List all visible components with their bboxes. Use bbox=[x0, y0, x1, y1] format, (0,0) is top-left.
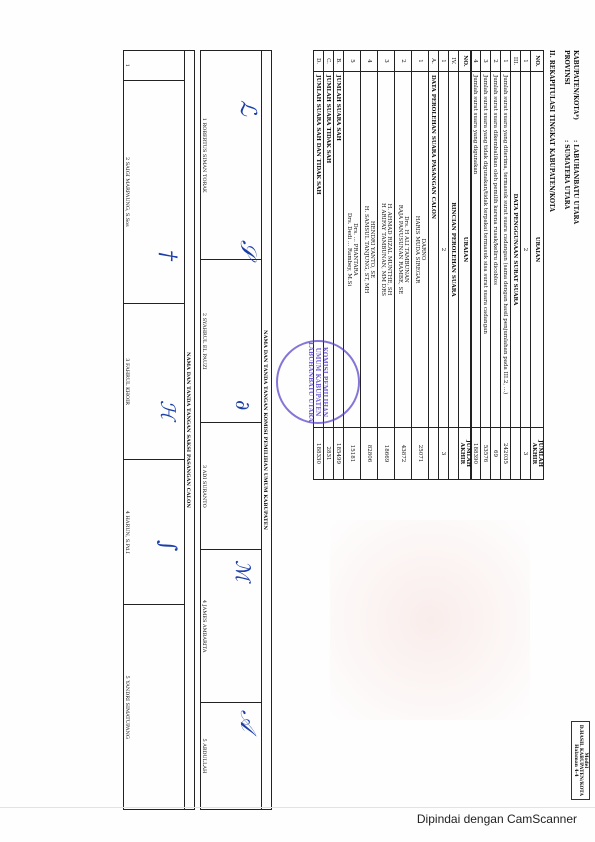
total-no: C. bbox=[324, 51, 334, 72]
row-no: 3 bbox=[481, 51, 491, 72]
candidate-row: 3 H. AHMAD RIZAL MUNTHE, SHH ARIFAY TAMB… bbox=[378, 51, 395, 480]
candidate-no: 5 bbox=[344, 51, 361, 72]
ballot-usage-table: NO. URAIAN JUMLAH AKHIR 1 2 3 III. DATA … bbox=[470, 50, 544, 480]
provinsi-label: PROVINSI bbox=[562, 50, 571, 140]
row-label: Jumlah surat suara yang digunakan bbox=[471, 72, 481, 428]
row-no: 4 bbox=[471, 51, 481, 72]
witness-name: FAHRUL KHOIR bbox=[124, 363, 130, 405]
total-no: B. bbox=[334, 51, 344, 72]
witness-name: YANDRI SIMATUPANG bbox=[124, 680, 130, 739]
page-edge bbox=[0, 807, 595, 808]
signature-mark: 𝒜 bbox=[235, 710, 260, 731]
candidate-votes: 18669 bbox=[378, 428, 395, 480]
candidate-votes: 15181 bbox=[344, 428, 361, 480]
running-mate-name: H. SAMSUL TANJUNG, ST, MH bbox=[363, 75, 369, 424]
row-value: 53576 bbox=[481, 428, 491, 480]
candidate-votes: 25071 bbox=[412, 428, 429, 480]
table-row: 3 Jumlah surat suara yang tidak digunaka… bbox=[481, 51, 491, 480]
col-index: 1 bbox=[439, 51, 449, 72]
col-index: 2 bbox=[521, 72, 531, 428]
signature-mark: † bbox=[155, 250, 180, 261]
signature-mark: 𝒮 bbox=[235, 240, 260, 257]
candidate-name: HENDRI YANTO, SE bbox=[369, 75, 375, 424]
candidate-no: 4 bbox=[361, 51, 378, 72]
row-no: 1 bbox=[501, 51, 511, 72]
section-no: IV. bbox=[449, 51, 459, 72]
candidate-row: 2 Drs. H ALI TAMBUNANRAJA PANUSUNAN RAMB… bbox=[395, 51, 412, 480]
commission-signature-table: NAMA DAN TANDA TANGAN KOMISI PEMILIHAN U… bbox=[200, 50, 272, 810]
section-title: II. REKAPITULASI TINGKAT KABUPATEN/KOTA bbox=[548, 50, 555, 212]
col-index: 3 bbox=[521, 428, 531, 480]
table-row: 2 Jumlah surat suara dikembalikan oleh p… bbox=[491, 51, 501, 480]
region-heading: KABUPATEN/KOTA*): LABUHANBATU UTARA PROV… bbox=[562, 50, 580, 224]
member-name: ROBERTUS SIMAN TORAK bbox=[201, 122, 207, 192]
candidate-votes: 82806 bbox=[361, 428, 378, 480]
form-model-box: Model D.HASIL KABUPATEN/KOTA Halaman 4-4 bbox=[571, 721, 590, 800]
witness-signature-cell: 5 YANDRI SIMATUPANG bbox=[124, 605, 185, 810]
member-name: ABDULLAH bbox=[201, 743, 207, 773]
candidate-name: Drs. H ALI TAMBUNAN bbox=[403, 75, 409, 424]
member-name: ADI SURANTO bbox=[201, 470, 207, 508]
commission-signature-cell: 3 ADI SURANTO bbox=[201, 423, 262, 550]
col-index: 3 bbox=[439, 428, 449, 480]
scanner-watermark: Dipindai dengan CamScanner bbox=[417, 812, 577, 826]
candidate-name: DARNO bbox=[420, 75, 426, 424]
witness-signature-cell: 1 bbox=[124, 51, 185, 81]
signature-mark: ∂ bbox=[231, 400, 255, 410]
witness-caption: NAMA DAN TANDA TANGAN SAKSI PASANGAN CAL… bbox=[185, 51, 195, 810]
running-mate-name: RAJA PANUSUNAN RAMBE, SE bbox=[397, 75, 403, 424]
candidate-no: 2 bbox=[395, 51, 412, 72]
col-header-no: NO. bbox=[531, 51, 544, 72]
witness-signature-cell: 4 HARUN, S.Pd.I bbox=[124, 460, 185, 605]
witness-name: HARUN, S.Pd.I bbox=[124, 516, 130, 554]
table-row: 4 Jumlah surat suara yang digunakan 1883… bbox=[471, 51, 481, 480]
candidate-row: 5 Drs. ... PRANTARADrs. Dedi ... Rambey,… bbox=[344, 51, 361, 480]
witness-signature-cell: 2 SAIGI MARPAUNG, S.Sos bbox=[124, 80, 185, 303]
member-name: JAMES AMBARITA bbox=[201, 605, 207, 653]
witness-name: SAIGI MARPAUNG, S.Sos bbox=[124, 162, 130, 227]
signature-mark: ℒ bbox=[235, 100, 260, 116]
witness-signature-cell: 3 FAHRUL KHOIR bbox=[124, 304, 185, 460]
section-no: III. bbox=[511, 51, 521, 72]
col-index: 2 bbox=[439, 72, 449, 428]
kabupaten-value: : LABUHANBATU UTARA bbox=[571, 140, 580, 224]
candidate-votes: 43872 bbox=[395, 428, 412, 480]
empty-cell bbox=[449, 428, 459, 480]
group-label: DATA PEROLEHAN SUARA PASANGAN CALON bbox=[429, 72, 439, 428]
model-code: D.HASIL KABUPATEN/KOTA bbox=[578, 725, 583, 796]
model-label: Model bbox=[583, 725, 588, 796]
row-label: Jumlah surat suara yang tidak digunakan/… bbox=[481, 72, 491, 428]
section-label: RINCIAN PEROLEHAN SUARA bbox=[449, 72, 459, 428]
official-stamp: KOMISI PEMILIHAN UMUM KABUPATEN LABUHANB… bbox=[276, 340, 360, 424]
member-name: SYAHRUL EL PAUZI bbox=[201, 318, 207, 370]
group-no: A. bbox=[429, 51, 439, 72]
total-value: 188330 bbox=[314, 428, 324, 480]
kabupaten-label: KABUPATEN/KOTA*) bbox=[571, 50, 580, 140]
commission-signature-cell: 1 ROBERTUS SIMAN TORAK bbox=[201, 51, 262, 260]
empty-cell bbox=[429, 428, 439, 480]
col-header-jumlah: JUMLAH AKHIR bbox=[531, 428, 544, 480]
row-no: 2 bbox=[491, 51, 501, 72]
provinsi-value: : SUMATERA UTARA bbox=[562, 140, 571, 209]
signature-mark: ∫ bbox=[155, 540, 180, 551]
col-header-jumlah: JUMLAH AKHIR bbox=[459, 428, 472, 480]
col-header-uraian: URAIAN bbox=[531, 72, 544, 428]
total-value: 2831 bbox=[324, 428, 334, 480]
signature-mark: ℋ bbox=[156, 400, 180, 420]
commission-caption: NAMA DAN TANDA TANGAN KOMISI PEMILIHAN U… bbox=[262, 51, 272, 810]
row-value: 69 bbox=[491, 428, 501, 480]
row-value: 242035 bbox=[501, 428, 511, 480]
rotated-form: Model D.HASIL KABUPATEN/KOTA Halaman 4-4… bbox=[170, 40, 590, 800]
candidate-row: 1 DARNOHARIS MUDA SIREGAR 25071 bbox=[412, 51, 429, 480]
signature-mark: ℳ bbox=[231, 560, 255, 581]
candidate-no: 1 bbox=[412, 51, 429, 72]
empty-cell bbox=[511, 428, 521, 480]
total-value: 185499 bbox=[334, 428, 344, 480]
commission-signature-cell: 2 SYAHRUL EL PAUZI bbox=[201, 260, 262, 423]
table-row: 1 Jumlah surat suara yang diterima, term… bbox=[501, 51, 511, 480]
row-label: Jumlah surat suara yang diterima, termas… bbox=[501, 72, 511, 428]
candidate-row: 4 HENDRI YANTO, SEH. SAMSUL TANJUNG, ST,… bbox=[361, 51, 378, 480]
running-mate-name: HARIS MUDA SIREGAR bbox=[414, 75, 420, 424]
total-no: D. bbox=[314, 51, 324, 72]
col-index: 1 bbox=[521, 51, 531, 72]
scanned-page: Model D.HASIL KABUPATEN/KOTA Halaman 4-4… bbox=[0, 0, 595, 842]
running-mate-name: H ARIFAY TAMBUNAN, MM DRS bbox=[380, 75, 386, 424]
col-header-uraian: URAIAN bbox=[459, 72, 472, 428]
witness-signature-table: NAMA DAN TANDA TANGAN SAKSI PASANGAN CAL… bbox=[123, 50, 195, 810]
candidate-no: 3 bbox=[378, 51, 395, 72]
col-header-no: NO. bbox=[459, 51, 472, 72]
row-label: Jumlah surat suara dikembalikan oleh pem… bbox=[491, 72, 501, 428]
row-value: 188390 bbox=[471, 428, 481, 480]
candidate-name: H. AHMAD RIZAL MUNTHE, SH bbox=[386, 75, 392, 424]
section-label: DATA PENGGUNAAN SURAT SUARA bbox=[511, 72, 521, 428]
